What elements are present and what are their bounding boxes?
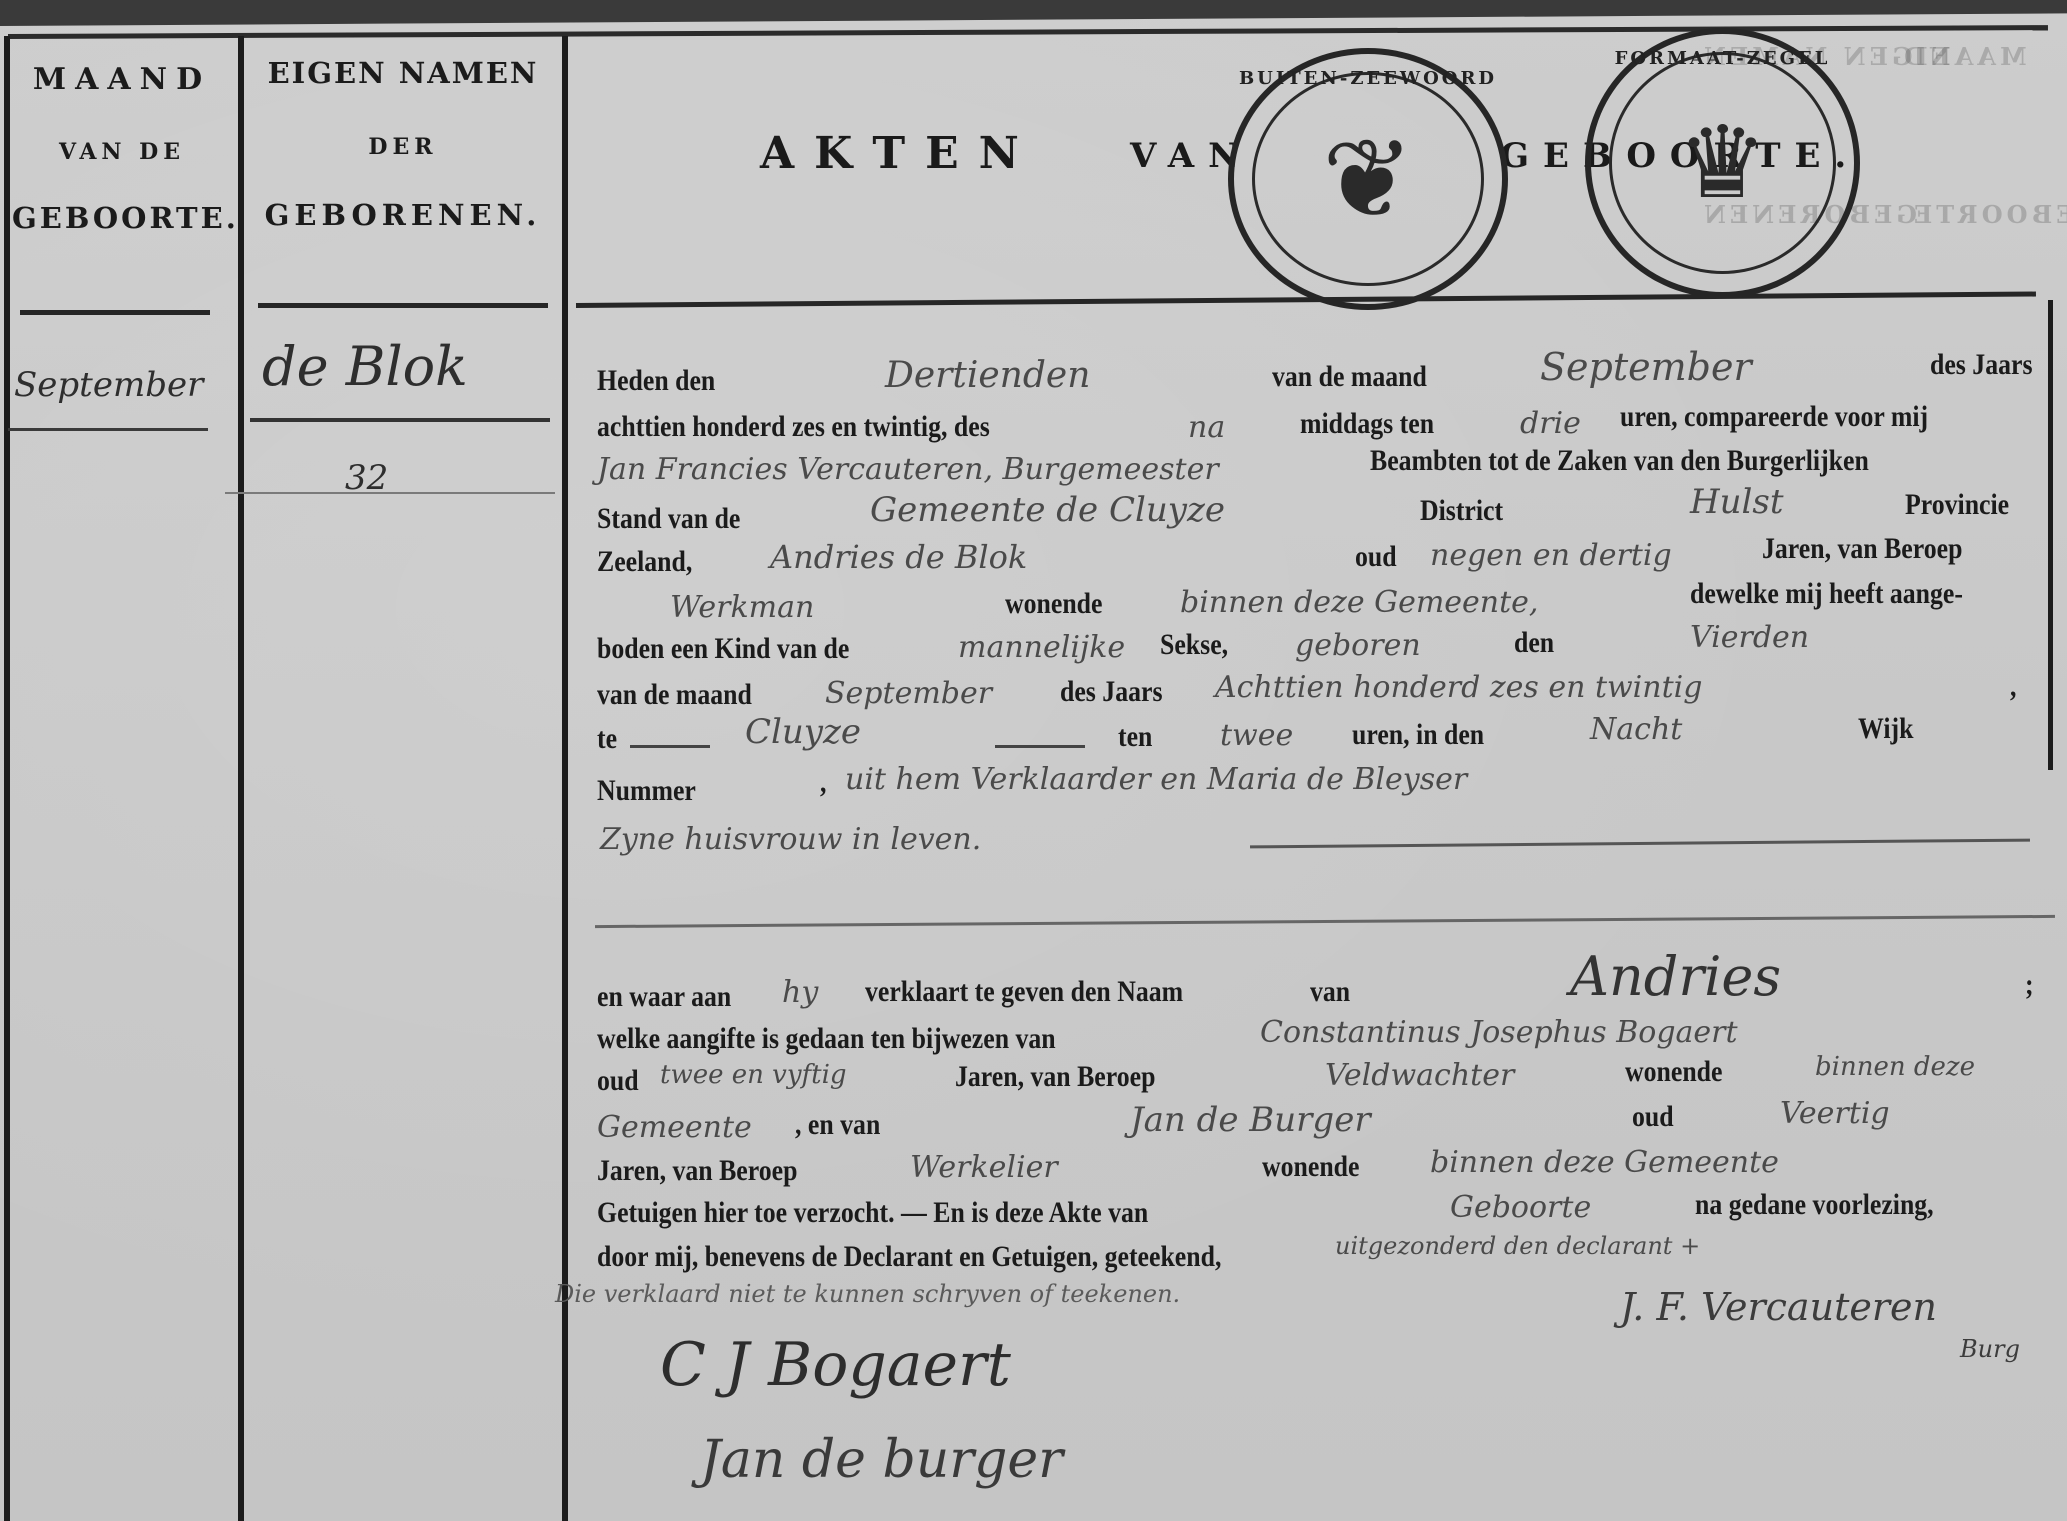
fill-rule [995, 745, 1085, 748]
printed-text: Heden den [597, 364, 715, 398]
header-line: GEBORENEN. [248, 198, 558, 232]
handwritten-witness-1-age: twee en vyftig [660, 1060, 847, 1090]
printed-text: Jaren, van Beroep [1762, 532, 1962, 566]
page-top-edge [0, 0, 2067, 26]
header-line: GEBOORTE. [12, 201, 232, 235]
handwritten-birth-day: Vierden [1690, 620, 1809, 655]
handwritten-municipality: Gemeente de Cluyze [870, 490, 1225, 530]
handwritten-declarant: Andries de Blok [770, 538, 1027, 576]
printed-text: van de maand [597, 678, 752, 712]
printed-text: des Jaars [1060, 675, 1162, 709]
printed-text: Sekse, [1160, 628, 1228, 662]
document-page: MAAND VAN DE GEBOORTE. EIGEN NAMEN DER G… [0, 0, 2067, 1521]
printed-text: achttien honderd zes en twintig, des [597, 410, 990, 444]
printed-text: ten [1118, 720, 1152, 754]
handwritten-text: na [1188, 410, 1225, 445]
printed-text: en waar aan [597, 980, 731, 1014]
printed-text: Getuigen hier toe verzocht. — En is deze… [597, 1196, 1148, 1230]
handwritten-official: Jan Francies Vercauteren, Burgemeester [597, 452, 1219, 487]
plant-sprig-icon: ❦ [1322, 124, 1414, 234]
handwritten-day: Dertienden [885, 355, 1090, 396]
column-divider-1 [238, 36, 244, 1521]
signature-witness-1: C J Bogaert [660, 1330, 1011, 1400]
printed-text: wonende [1005, 587, 1102, 621]
header-line: DER [248, 134, 558, 160]
handwritten-birth-month: September [825, 676, 992, 711]
printed-text: Zeeland, [597, 545, 692, 579]
fill-rule [1250, 839, 2030, 849]
signature-witness-2: Jan de burger [700, 1430, 1063, 1490]
section-rule [595, 915, 2055, 928]
names-column-header: EIGEN NAMEN DER GEBORENEN. [248, 56, 558, 232]
handwritten-occupation: Werkman [670, 590, 814, 625]
header-line: VAN DE [12, 139, 232, 165]
handwritten-time-of-day: Nacht [1590, 712, 1682, 747]
printed-text: Jaren, van Beroep [955, 1060, 1155, 1094]
crown-shield-icon: ♛ [1678, 113, 1768, 213]
stamp-rim-text: BUITEN-ZEEWOORD [1234, 68, 1502, 89]
surname-entry: de Blok [262, 335, 468, 398]
bleed-through-text: GEBOORTE [1910, 200, 2067, 229]
flourish-rule [250, 418, 550, 422]
printed-text: middags ten [1300, 407, 1434, 441]
printed-text: te [597, 722, 617, 756]
printed-text: van [1310, 975, 1350, 1009]
fill-rule [630, 745, 710, 748]
stamp-rim-text: FORMAAT-ZEGEL [1591, 48, 1854, 69]
bleed-through-text: MAAND [1900, 42, 2027, 71]
printed-text: , [820, 766, 826, 800]
handwritten-birth-year: Achttien honderd zes en twintig [1215, 670, 1702, 705]
handwritten-witness-1: Constantinus Josephus Bogaert [1260, 1015, 1738, 1050]
signature-official: J. F. Vercauteren [1620, 1285, 1937, 1329]
handwritten-birthplace: Cluyze [745, 712, 861, 752]
handwritten-witness-2-residence: binnen deze Gemeente [1430, 1145, 1779, 1180]
printed-text: oud [1632, 1100, 1674, 1134]
handwritten-witness-2-age: Veertig [1780, 1096, 1890, 1131]
printed-text: oud [1355, 540, 1397, 574]
printed-text: welke aangifte is gedaan ten bijwezen va… [597, 1022, 1056, 1056]
handwritten-age: negen en dertig [1430, 538, 1672, 573]
tax-stamp-right: FORMAAT-ZEGEL ♛ [1585, 28, 1860, 298]
birth-month-entry: September [14, 365, 203, 405]
handwritten-text: hy [782, 975, 818, 1010]
month-column-header: MAAND VAN DE GEBOORTE. [12, 62, 232, 235]
handwritten-witness-2: Jan de Burger [1130, 1100, 1371, 1140]
handwritten-witness-2-occupation: Werkelier [910, 1150, 1058, 1185]
printed-text: Nummer [597, 774, 696, 808]
printed-text: uren, compareerde voor mij [1620, 400, 1928, 434]
flourish-rule [8, 428, 208, 431]
printed-text: dewelke mij heeft aange- [1690, 577, 1963, 611]
names-header-rule [258, 303, 548, 308]
right-border [2048, 300, 2053, 770]
printed-text: , en van [795, 1108, 880, 1142]
handwritten-sex: mannelijke [958, 630, 1125, 665]
handwritten-declarant-note: Die verklaard niet te kunnen schryven of… [555, 1280, 1180, 1308]
printed-text: Wijk [1858, 712, 1913, 746]
printed-text: wonende [1262, 1150, 1359, 1184]
printed-text: uren, in den [1352, 718, 1484, 752]
printed-text: Jaren, van Beroep [597, 1154, 797, 1188]
handwritten-text: Gemeente [597, 1110, 752, 1145]
handwritten-text: geboren [1295, 628, 1421, 663]
printed-text: van de maand [1272, 360, 1427, 394]
header-line: MAAND [12, 62, 232, 97]
printed-text: , [2010, 670, 2016, 704]
handwritten-residence: binnen deze Gemeente, [1180, 585, 1538, 620]
left-border [4, 36, 10, 1521]
handwritten-district: Hulst [1690, 482, 1784, 522]
handwritten-witness-1-occupation: Veldwachter [1325, 1058, 1514, 1093]
handwritten-witness-1-residence: binnen deze [1815, 1052, 1975, 1082]
printed-text: verklaart te geven den Naam [865, 975, 1183, 1009]
main-title: AKTEN [760, 128, 1039, 179]
printed-text: door mij, benevens de Declarant en Getui… [597, 1240, 1221, 1274]
printed-text: District [1420, 494, 1503, 528]
signature-official-title: Burg [1960, 1335, 2020, 1363]
printed-text: Provincie [1905, 488, 2009, 522]
printed-text: des Jaars [1930, 348, 2032, 382]
handwritten-act-type: Geboorte [1450, 1190, 1591, 1225]
handwritten-mother-status: Zyne huisvrouw in leven. [600, 822, 981, 857]
printed-text: na gedane voorlezing, [1695, 1188, 1934, 1222]
month-header-rule [20, 310, 210, 315]
printed-text: wonende [1625, 1055, 1722, 1089]
printed-text: oud [597, 1064, 639, 1098]
printed-text: Stand van de [597, 502, 740, 536]
printed-text: ; [2025, 968, 2034, 1002]
handwritten-exception-note: uitgezonderd den declarant + [1335, 1232, 1700, 1260]
printed-text: boden een Kind van de [597, 632, 849, 666]
header-line: EIGEN NAMEN [248, 56, 558, 90]
printed-text: den [1514, 626, 1554, 660]
printed-text: Beambten tot de Zaken van den Burgerlijk… [1370, 444, 1869, 478]
handwritten-month: September [1540, 345, 1752, 389]
handwritten-child-name: Andries [1570, 945, 1781, 1008]
handwritten-birth-hour: twee [1220, 718, 1293, 753]
tax-stamp-left: BUITEN-ZEEWOORD ❦ [1228, 48, 1508, 310]
number-rule [225, 492, 555, 494]
handwritten-hour: drie [1520, 406, 1581, 441]
handwritten-parents: uit hem Verklaarder en Maria de Bleyser [845, 762, 1467, 797]
